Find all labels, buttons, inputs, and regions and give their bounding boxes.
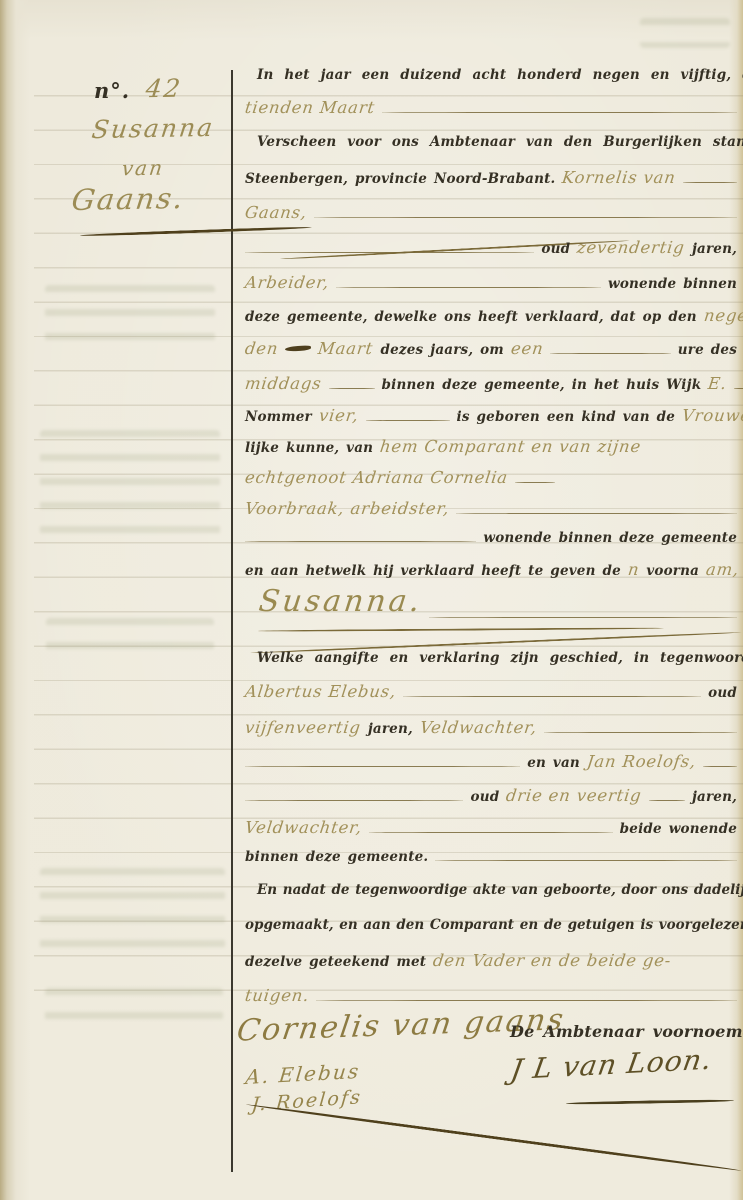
act-line-date: tienden Maart bbox=[245, 98, 737, 117]
handwritten-text: Vrouwe- bbox=[681, 406, 743, 425]
printed-text: ure des bbox=[678, 342, 737, 358]
printed-text: binnen deze gemeente. bbox=[245, 849, 428, 865]
handwritten-text: vijfenveertig bbox=[244, 718, 362, 737]
fill-line bbox=[429, 617, 737, 618]
act-line-appeared: Verscheen voor ons Ambtenaar van den Bur… bbox=[245, 134, 737, 150]
printed-text: dezes jaars, om bbox=[380, 342, 503, 358]
act-line-witness-residence: binnen deze gemeente. bbox=[245, 849, 737, 865]
printed-text: oud bbox=[470, 789, 499, 805]
printed-text: opgemaakt, en aan den Comparant en de ge… bbox=[245, 917, 743, 933]
printed-text: voorna bbox=[646, 563, 699, 579]
act-line-declarant-surname: Gaans, bbox=[245, 203, 737, 222]
printed-text: jaren, bbox=[692, 241, 737, 257]
margin-name-last: Gaans. bbox=[70, 181, 187, 217]
act-line-sex: lijke kunne, van hem Comparant en van zi… bbox=[245, 437, 737, 456]
handwritten-text: Jan Roelofs, bbox=[586, 752, 697, 771]
fill-line bbox=[544, 732, 737, 733]
act-line-childname: Susanna. bbox=[245, 584, 737, 628]
act-number-value: 42 bbox=[144, 74, 183, 104]
act-line-witness2-name: en van Jan Roelofs, bbox=[245, 752, 737, 771]
fill-line bbox=[369, 832, 612, 833]
handwritten-text: tuigen. bbox=[244, 986, 311, 1005]
printed-text: wonende binnen deze gemeente bbox=[483, 530, 737, 546]
act-line-closing3: dezelve geteekend met den Vader en de be… bbox=[245, 951, 737, 970]
act-line-closing1: En nadat de tegenwoordige akte van geboo… bbox=[245, 882, 737, 898]
ink-bleedthrough bbox=[45, 988, 223, 1028]
printed-text: dezelve geteekend met bbox=[245, 954, 426, 970]
printed-text: lijke kunne, van bbox=[245, 440, 373, 456]
fill-line bbox=[329, 388, 375, 389]
printed-text: is geboren een kind van de bbox=[457, 409, 676, 425]
handwritten-text: zevendertig bbox=[576, 238, 686, 257]
act-line-witness2-age: oud drie en veertig jaren, bbox=[245, 786, 737, 805]
act-line-mother1: echtgenoot Adriana Cornelia bbox=[245, 468, 737, 487]
act-line-municipality: Steenbergen, provincie Noord-Brabant. Ko… bbox=[245, 168, 737, 187]
ink-bleedthrough bbox=[40, 430, 220, 548]
act-line-witness1-name: Albertus Elebus, oud bbox=[245, 682, 737, 701]
handwritten-text: Veldwachter, bbox=[419, 718, 538, 737]
ink-bleedthrough bbox=[40, 868, 225, 956]
printed-text: beide wonende bbox=[620, 821, 737, 837]
signature-underline bbox=[566, 1099, 734, 1105]
ink-bleedthrough bbox=[46, 618, 214, 658]
official-title: De Ambtenaar voornoemd. bbox=[510, 1022, 743, 1041]
margin-name-first: Susanna bbox=[90, 113, 216, 144]
handwritten-text: middags bbox=[244, 374, 323, 393]
signature-witness1: A. Elebus bbox=[244, 1059, 361, 1089]
handwritten-text: echtgenoot Adriana Cornelia bbox=[244, 468, 509, 487]
handwritten-text: Gaans, bbox=[244, 203, 308, 222]
act-line-closing2: opgemaakt, en aan den Comparant en de ge… bbox=[245, 917, 737, 933]
fill-line bbox=[734, 388, 743, 389]
fill-line bbox=[703, 766, 737, 767]
fill-line bbox=[435, 860, 737, 861]
printed-text: Nommer bbox=[245, 409, 312, 425]
signature-official: J L van Loon. bbox=[508, 1043, 715, 1086]
act-line-witness1-age: vijfenveertig jaren, Veldwachter, bbox=[245, 718, 737, 737]
handwritten-text: vier, bbox=[318, 406, 360, 425]
printed-text: Welke aangifte en verklaring zijn geschi… bbox=[245, 650, 743, 666]
act-line-housenumber: Nommer vier, is geboren een kind van de … bbox=[245, 406, 737, 425]
fill-line bbox=[403, 696, 701, 697]
handwritten-text: drie en veertig bbox=[505, 786, 643, 805]
printed-text: en aan hetwelk hij verklaard heeft te ge… bbox=[245, 563, 621, 579]
act-number-label: n°. bbox=[94, 78, 130, 103]
printed-text: binnen deze gemeente, in het huis Wijk bbox=[382, 377, 702, 393]
fill-line bbox=[245, 766, 520, 767]
fill-line bbox=[366, 420, 450, 421]
fill-line bbox=[683, 182, 737, 183]
act-line-age: oud zevendertig jaren, bbox=[245, 238, 737, 257]
handwritten-text: Kornelis van bbox=[561, 168, 677, 187]
handwritten-text: tienden Maart bbox=[244, 98, 376, 117]
printed-text: jaren, bbox=[368, 721, 413, 737]
fill-line bbox=[649, 800, 685, 801]
fill-line bbox=[515, 482, 555, 483]
fill-line bbox=[316, 1000, 737, 1001]
fill-line bbox=[336, 287, 601, 288]
fill-line bbox=[245, 800, 463, 801]
printed-text: oud bbox=[708, 685, 737, 701]
act-line-residence: wonende binnen deze gemeente bbox=[245, 530, 737, 546]
handwritten-text: Voorbraak, arbeidster, bbox=[244, 499, 451, 518]
printed-text: en van bbox=[527, 755, 580, 771]
act-line-closing4: tuigen. bbox=[245, 986, 737, 1005]
handwritten-text: een bbox=[510, 339, 545, 358]
handwritten-text: hem Comparant en van zijne bbox=[379, 437, 642, 456]
act-line-birthdate: den Maart dezes jaars, om een ure des bbox=[245, 339, 737, 358]
fill-line bbox=[245, 541, 476, 542]
ink-bleedthrough bbox=[640, 18, 730, 48]
act-line-givename: en aan hetwelk hij verklaard heeft te ge… bbox=[245, 560, 737, 579]
handwritten-text: am, bbox=[705, 560, 740, 579]
handwritten-text: den Vader en de beide ge- bbox=[432, 951, 673, 970]
fill-line bbox=[314, 217, 737, 218]
handwritten-text: Albertus Elebus, bbox=[244, 682, 398, 701]
margin-name-tussenvoegsel: van bbox=[120, 156, 165, 181]
handwritten-text: negentien- bbox=[703, 306, 743, 325]
act-line-occupation: Arbeider, wonende binnen bbox=[245, 273, 737, 292]
fill-line bbox=[456, 513, 737, 514]
handwritten-text: E. bbox=[707, 374, 728, 393]
fill-line bbox=[382, 112, 737, 113]
handwritten-text: Veldwachter, bbox=[244, 818, 363, 837]
printed-text: Steenbergen, provincie Noord-Brabant. bbox=[245, 171, 555, 187]
handwritten-text: den bbox=[244, 339, 280, 358]
ink-diagonal-stroke-bottom bbox=[246, 1103, 742, 1172]
printed-text: jaren, bbox=[692, 789, 737, 805]
act-line-witness2-occupation: Veldwachter, beide wonende bbox=[245, 818, 737, 837]
ink-swash bbox=[285, 345, 311, 352]
fill-line bbox=[245, 252, 534, 253]
printed-text: In het jaar een duizend acht honderd neg… bbox=[245, 67, 743, 83]
child-name-handwritten: Susanna. bbox=[243, 584, 425, 619]
handwritten-text: Maart bbox=[317, 339, 374, 358]
act-line-mother2: Voorbraak, arbeidster, bbox=[245, 499, 737, 518]
printed-text: Verscheen voor ons Ambtenaar van den Bur… bbox=[245, 134, 743, 150]
act-line-declaration: deze gemeente, dewelke ons heeft verklaa… bbox=[245, 306, 737, 325]
margin-flourish bbox=[80, 226, 312, 237]
handwritten-text: n bbox=[627, 560, 641, 579]
act-line-birthhour: middags binnen deze gemeente, in het hui… bbox=[245, 374, 737, 393]
printed-text: deze gemeente, dewelke ons heeft verklaa… bbox=[245, 309, 697, 325]
fill-line bbox=[550, 353, 670, 354]
birth-certificate-page: n°. 42 Susanna van Gaans. In het jaar ee… bbox=[0, 0, 743, 1200]
act-line-year: In het jaar een duizend acht honderd neg… bbox=[245, 64, 737, 83]
handwritten-text: Arbeider, bbox=[244, 273, 331, 292]
printed-text: oud bbox=[541, 241, 570, 257]
margin-divider-rule bbox=[231, 70, 233, 1172]
ink-bleedthrough bbox=[45, 285, 215, 347]
printed-text: wonende binnen bbox=[608, 276, 737, 292]
act-line-witness-intro: Welke aangifte en verklaring zijn geschi… bbox=[245, 650, 737, 666]
printed-text: En nadat de tegenwoordige akte van geboo… bbox=[245, 882, 743, 898]
